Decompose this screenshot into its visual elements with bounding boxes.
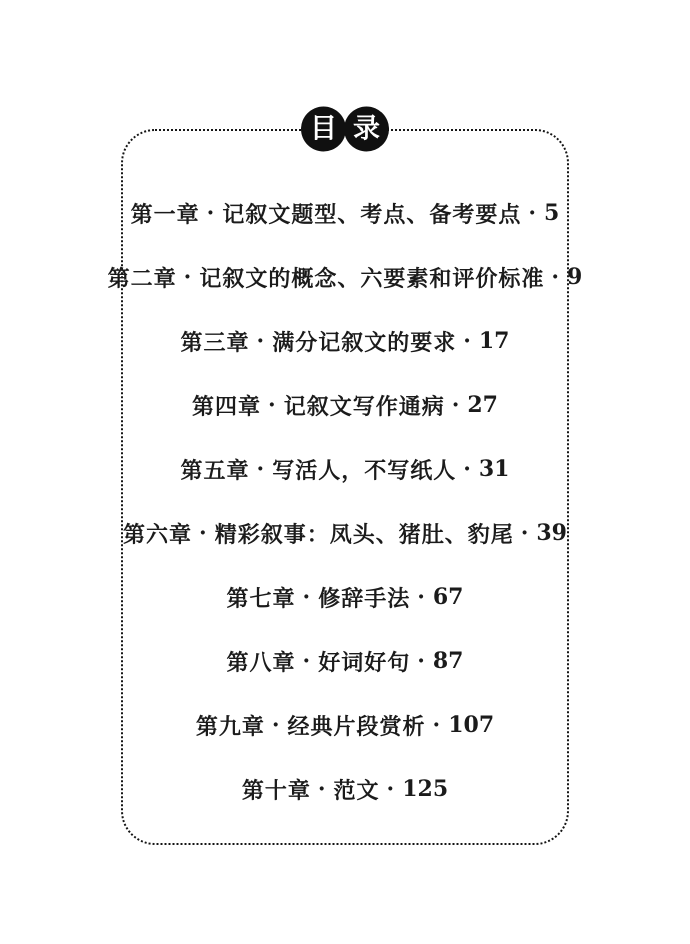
chapter-label: 第六章: [123, 518, 192, 549]
separator-dot: ·: [433, 712, 442, 738]
separator-dot: ·: [417, 648, 426, 674]
chapter-title: 记叙文题型、考点、备考要点: [222, 198, 521, 229]
page-number: 17: [479, 328, 510, 354]
toc-heading: 目 录: [301, 107, 389, 152]
toc-entry-5: 第五章 · 写活人，不写纸人 · 31: [0, 437, 690, 501]
chapter-label: 第十章: [242, 774, 311, 805]
heading-char: 目: [310, 116, 337, 143]
toc-entry-1: 第一章 · 记叙文题型、考点、备考要点 · 5: [0, 181, 690, 245]
separator-dot: ·: [272, 712, 281, 738]
chapter-title: 满分记叙文的要求: [272, 326, 456, 357]
separator-dot: ·: [268, 392, 277, 418]
separator-dot: ·: [551, 264, 560, 290]
toc-entry-4: 第四章 · 记叙文写作通病 · 27: [0, 373, 690, 437]
separator-dot: ·: [318, 776, 327, 802]
chapter-label: 第七章: [227, 582, 296, 613]
chapter-title: 好词好句: [318, 646, 410, 677]
separator-dot: ·: [184, 264, 193, 290]
separator-dot: ·: [387, 776, 396, 802]
chapter-title: 写活人，不写纸人: [272, 454, 456, 485]
separator-dot: ·: [463, 456, 472, 482]
separator-dot: ·: [199, 520, 208, 546]
page-number: 5: [544, 200, 559, 226]
chapter-label: 第四章: [192, 390, 261, 421]
toc-entry-10: 第十章 · 范文 · 125: [0, 757, 690, 821]
chapter-label: 第八章: [227, 646, 296, 677]
toc-entry-8: 第八章 · 好词好句 · 87: [0, 629, 690, 693]
toc-entry-2: 第二章 · 记叙文的概念、六要素和评价标准 · 9: [0, 245, 690, 309]
toc-entry-6: 第六章 · 精彩叙事：凤头、猪肚、豹尾 · 39: [0, 501, 690, 565]
heading-circle-mu: 目: [301, 107, 346, 152]
heading-circle-lu: 录: [344, 107, 389, 152]
page-number: 39: [536, 520, 567, 546]
separator-dot: ·: [452, 392, 461, 418]
separator-dot: ·: [207, 200, 216, 226]
page-number: 87: [433, 648, 464, 674]
toc-entry-7: 第七章 · 修辞手法 · 67: [0, 565, 690, 629]
separator-dot: ·: [303, 584, 312, 610]
page-number: 31: [479, 456, 510, 482]
chapter-label: 第一章: [131, 198, 200, 229]
page-number: 67: [433, 584, 464, 610]
separator-dot: ·: [257, 456, 266, 482]
chapter-title: 记叙文写作通病: [284, 390, 445, 421]
page-number: 107: [448, 712, 494, 738]
chapter-label: 第三章: [181, 326, 250, 357]
chapter-title: 记叙文的概念、六要素和评价标准: [199, 262, 544, 293]
separator-dot: ·: [303, 648, 312, 674]
separator-dot: ·: [528, 200, 537, 226]
toc-list: 第一章 · 记叙文题型、考点、备考要点 · 5 第二章 · 记叙文的概念、六要素…: [0, 181, 690, 821]
chapter-label: 第五章: [181, 454, 250, 485]
page-number: 125: [402, 776, 448, 802]
separator-dot: ·: [521, 520, 530, 546]
chapter-title: 修辞手法: [318, 582, 410, 613]
heading-char: 录: [353, 116, 380, 143]
chapter-title: 经典片段赏析: [288, 710, 426, 741]
separator-dot: ·: [463, 328, 472, 354]
page-number: 27: [467, 392, 498, 418]
page-number: 9: [567, 264, 582, 290]
book-toc-page: 目 录 第一章 · 记叙文题型、考点、备考要点 · 5 第二章 · 记叙文的概念…: [0, 0, 690, 944]
toc-entry-3: 第三章 · 满分记叙文的要求 · 17: [0, 309, 690, 373]
chapter-title: 范文: [334, 774, 380, 805]
chapter-title: 精彩叙事：凤头、猪肚、豹尾: [215, 518, 514, 549]
chapter-label: 第九章: [196, 710, 265, 741]
toc-entry-9: 第九章 · 经典片段赏析 · 107: [0, 693, 690, 757]
separator-dot: ·: [417, 584, 426, 610]
separator-dot: ·: [257, 328, 266, 354]
chapter-label: 第二章: [108, 262, 177, 293]
